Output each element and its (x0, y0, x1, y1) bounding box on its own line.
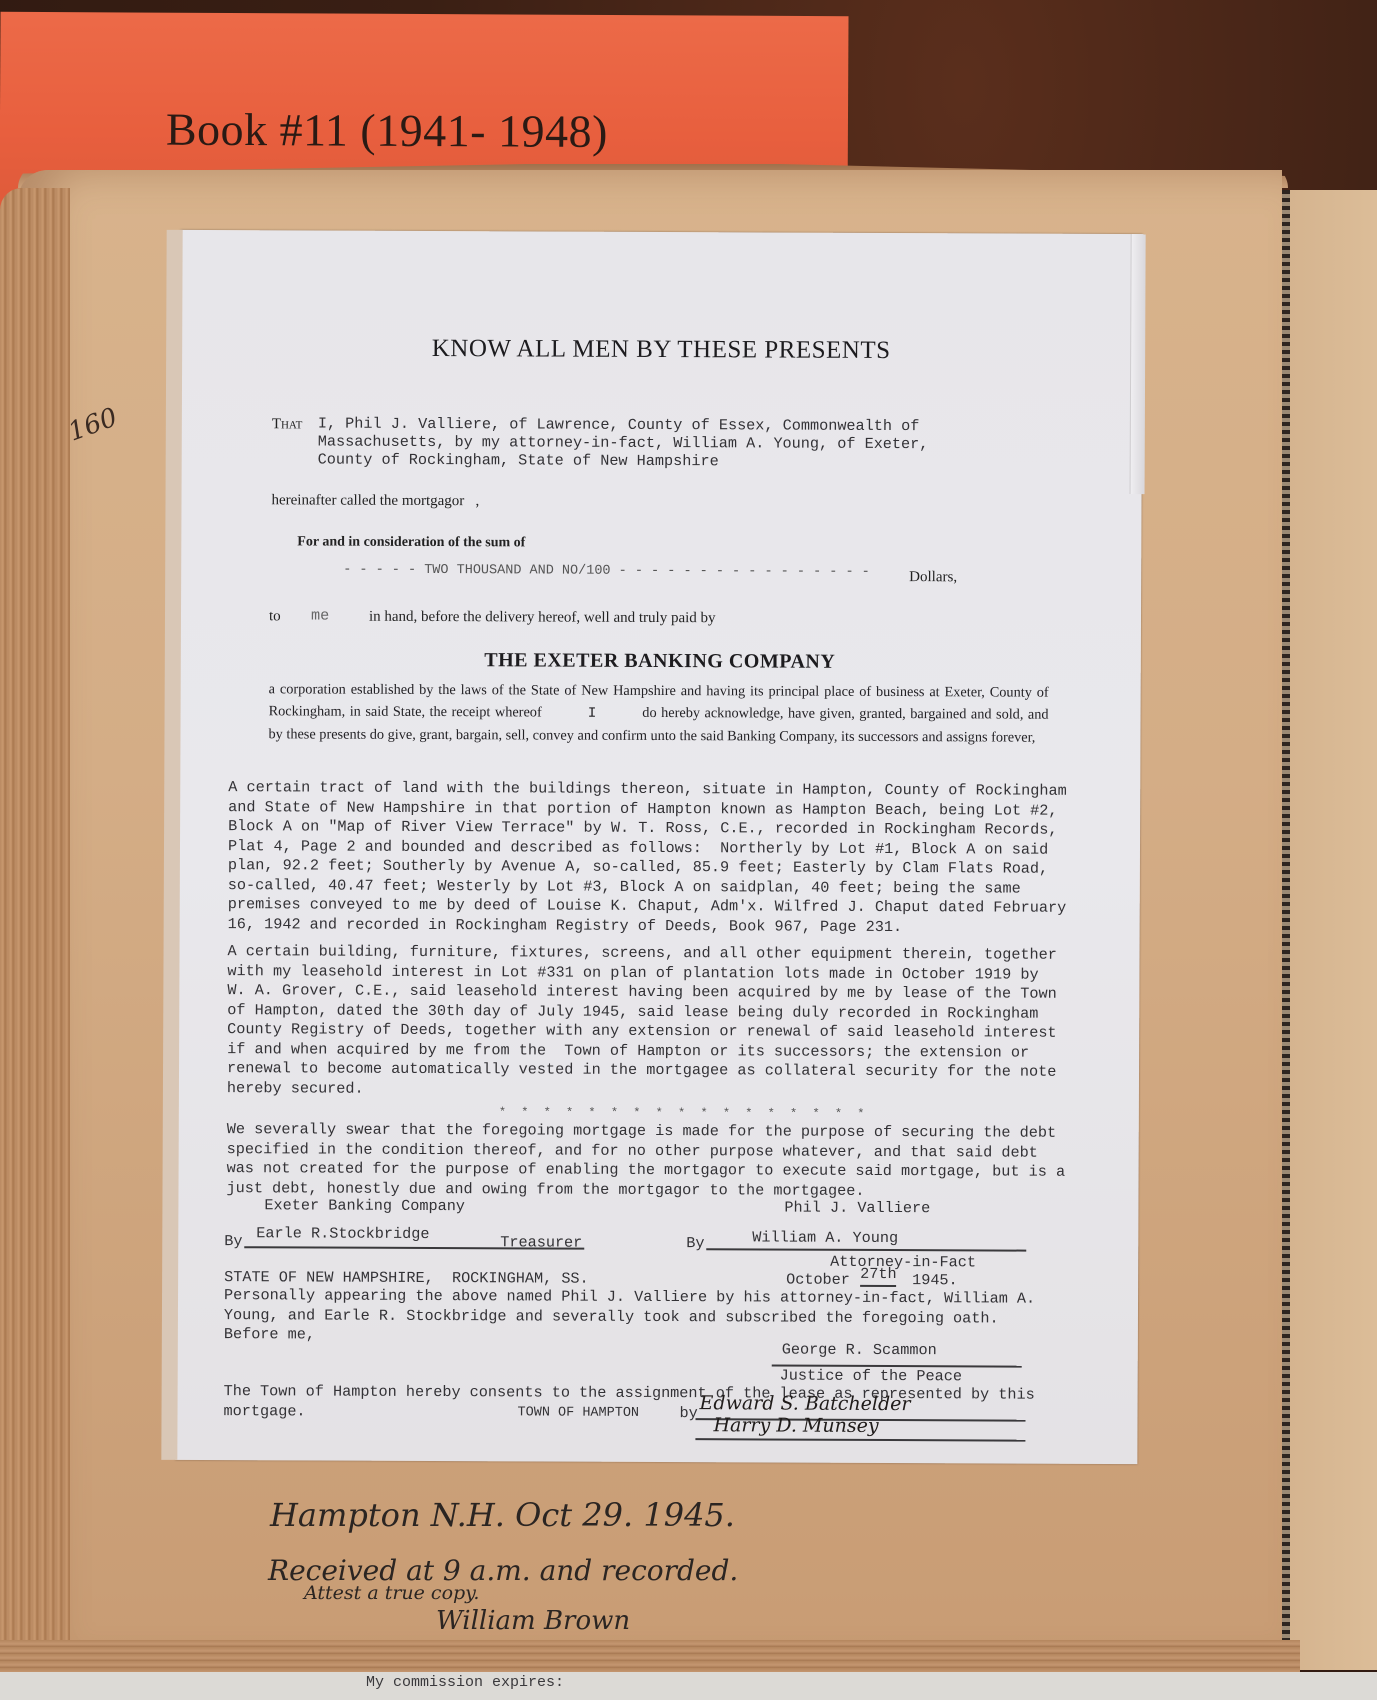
commission-text: My commission expires: (366, 1674, 564, 1691)
recording-note-line-3: Attest a true copy. (304, 1582, 479, 1604)
to-value: me (311, 606, 329, 626)
appearance-line: Young, and Earle R. Stockbridge and seve… (224, 1306, 1035, 1329)
corporation-paragraph: a corporation established by the laws of… (268, 678, 1048, 748)
binding-gutter (1282, 190, 1290, 1670)
building-line: hereby secured. (227, 1079, 1056, 1102)
document-heading: KNOW ALL MEN BY THESE PRESENTS (180, 334, 1142, 366)
dollars-label: Dollars, (909, 569, 957, 586)
page-stack-bottom (0, 1640, 1300, 1674)
town-label: TOWN OF HAMPTON (517, 1403, 639, 1423)
mortgagee-name: Exeter Banking Company (264, 1196, 465, 1216)
next-document-sheet (0, 1672, 1377, 1700)
town-clerk-signature: William Brown (436, 1606, 630, 1636)
appearance-paragraph: Personally appearing the above named Phi… (224, 1286, 1035, 1348)
mortgagor-name: Phil J. Valliere (784, 1199, 930, 1219)
by-label-right: By (686, 1234, 704, 1254)
recording-note-line-1: Hampton N.H. Oct 29. 1945. (270, 1496, 735, 1534)
town-consent-line: The Town of Hampton hereby consents to t… (224, 1382, 1035, 1405)
mortgagor-title: Attorney-in-Fact (830, 1253, 976, 1273)
mortgage-document: KNOW ALL MEN BY THESE PRESENTS That I, P… (175, 230, 1142, 1464)
grantor-line-3: County of Rockingham, State of New Hamps… (318, 451, 719, 472)
town-signature-2: Harry D. Munsey (713, 1414, 878, 1437)
mortgagor-signature-line (706, 1248, 1026, 1251)
date-year: 1945. (912, 1271, 958, 1291)
that-label: That (272, 416, 303, 433)
date-month: October (786, 1271, 850, 1291)
hereinafter-text: hereinafter called the mortgagor , (271, 492, 479, 510)
right-page (1290, 190, 1377, 1670)
mortgagee-title: Treasurer (500, 1233, 582, 1253)
date-day: 27th (860, 1265, 897, 1287)
page-stack-edge (0, 188, 70, 1668)
paid-by-text: in hand, before the delivery hereof, wel… (369, 609, 716, 628)
sum-text: - - - - - TWO THOUSAND AND NO/100 - - - … (343, 561, 870, 583)
tract-paragraph: A certain tract of land with the buildin… (228, 778, 1067, 938)
oath-paragraph: We severally swear that the foregoing mo… (226, 1120, 1065, 1202)
mortgagee-signer: Earle R.Stockbridge (256, 1224, 429, 1244)
mortgagee-signature-line (244, 1246, 584, 1249)
by-label-left: By (224, 1232, 242, 1252)
town-by-label: by (679, 1404, 697, 1424)
tract-line: 16, 1942 and recorded in Rockingham Regi… (228, 915, 1067, 938)
consideration-label: For and in consideration of the sum of (297, 534, 525, 551)
town-signature-1: Edward S. Batchelder (700, 1392, 911, 1415)
corporation-typed-i: I (588, 706, 597, 722)
divider-title: Book #11 (1941- 1948) (166, 103, 608, 158)
justice-name: George R. Scammon (782, 1341, 937, 1361)
to-label: to (269, 608, 281, 625)
mortgagor-signer: William A. Young (752, 1228, 898, 1248)
building-paragraph: A certain building, furniture, fixtures,… (227, 942, 1057, 1102)
town-signature-line-2 (695, 1438, 1025, 1441)
bank-name: THE EXETER BANKING COMPANY (179, 648, 1141, 675)
